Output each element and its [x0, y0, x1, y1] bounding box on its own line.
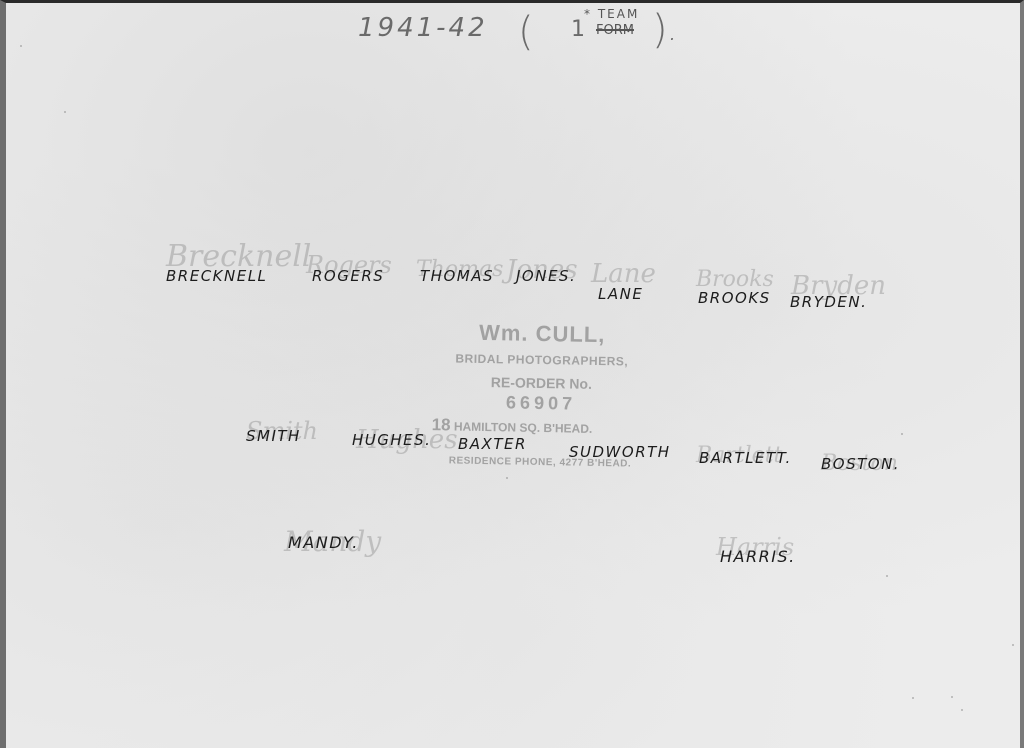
- stamp-reorder-number: 66907: [426, 391, 656, 416]
- stamp-address-street: HAMILTON SQ. B'HEAD.: [454, 419, 593, 435]
- dust-speck: [64, 111, 66, 113]
- struck-word: FORM: [596, 23, 634, 38]
- player-name: HARRIS.: [720, 547, 796, 566]
- heading-period: .: [670, 25, 678, 44]
- player-name: MANDY.: [288, 533, 359, 552]
- photo-back: 1941-42 ( 1 ST* TEAM FORM ) . Brecknell …: [0, 0, 1024, 748]
- stamp-role: BRIDAL PHOTOGRAPHERS,: [427, 351, 657, 369]
- close-paren: ): [652, 7, 668, 53]
- player-name: HUGHES.: [352, 431, 431, 449]
- player-name: BAXTER: [458, 435, 527, 453]
- team-number: 1: [571, 17, 585, 42]
- player-name: BRYDEN.: [790, 293, 867, 311]
- player-name: ROGERS: [312, 267, 384, 285]
- player-name: BROOKS: [698, 289, 771, 307]
- team-annotation: ST* TEAM: [584, 7, 639, 21]
- player-name: BRECKNELL: [166, 267, 267, 285]
- player-name: BOSTON.: [821, 455, 900, 473]
- player-name: LANE: [598, 285, 643, 303]
- photographer-stamp: Wm. CULL, BRIDAL PHOTOGRAPHERS, RE-ORDER…: [425, 319, 658, 493]
- dust-speck: [886, 575, 888, 577]
- dust-speck: [912, 697, 914, 699]
- stamp-address-number: 18: [431, 415, 450, 434]
- player-name: SMITH: [246, 427, 301, 445]
- stamp-reorder-label: RE-ORDER No.: [426, 373, 656, 393]
- dust-speck: [20, 45, 22, 47]
- dust-speck: [951, 696, 953, 698]
- dust-speck: [901, 433, 903, 435]
- dust-speck: [961, 709, 963, 711]
- player-name: BARTLETT.: [699, 449, 792, 467]
- player-name: SUDWORTH: [569, 443, 671, 461]
- stamp-studio-name: Wm. CULL,: [427, 319, 657, 349]
- team-word: TEAM: [598, 7, 639, 21]
- dust-speck: [1012, 644, 1014, 646]
- player-name: JONES.: [516, 267, 576, 285]
- season-label: 1941-42: [358, 13, 488, 43]
- player-name: THOMAS: [420, 267, 494, 285]
- open-paren: (: [518, 9, 534, 55]
